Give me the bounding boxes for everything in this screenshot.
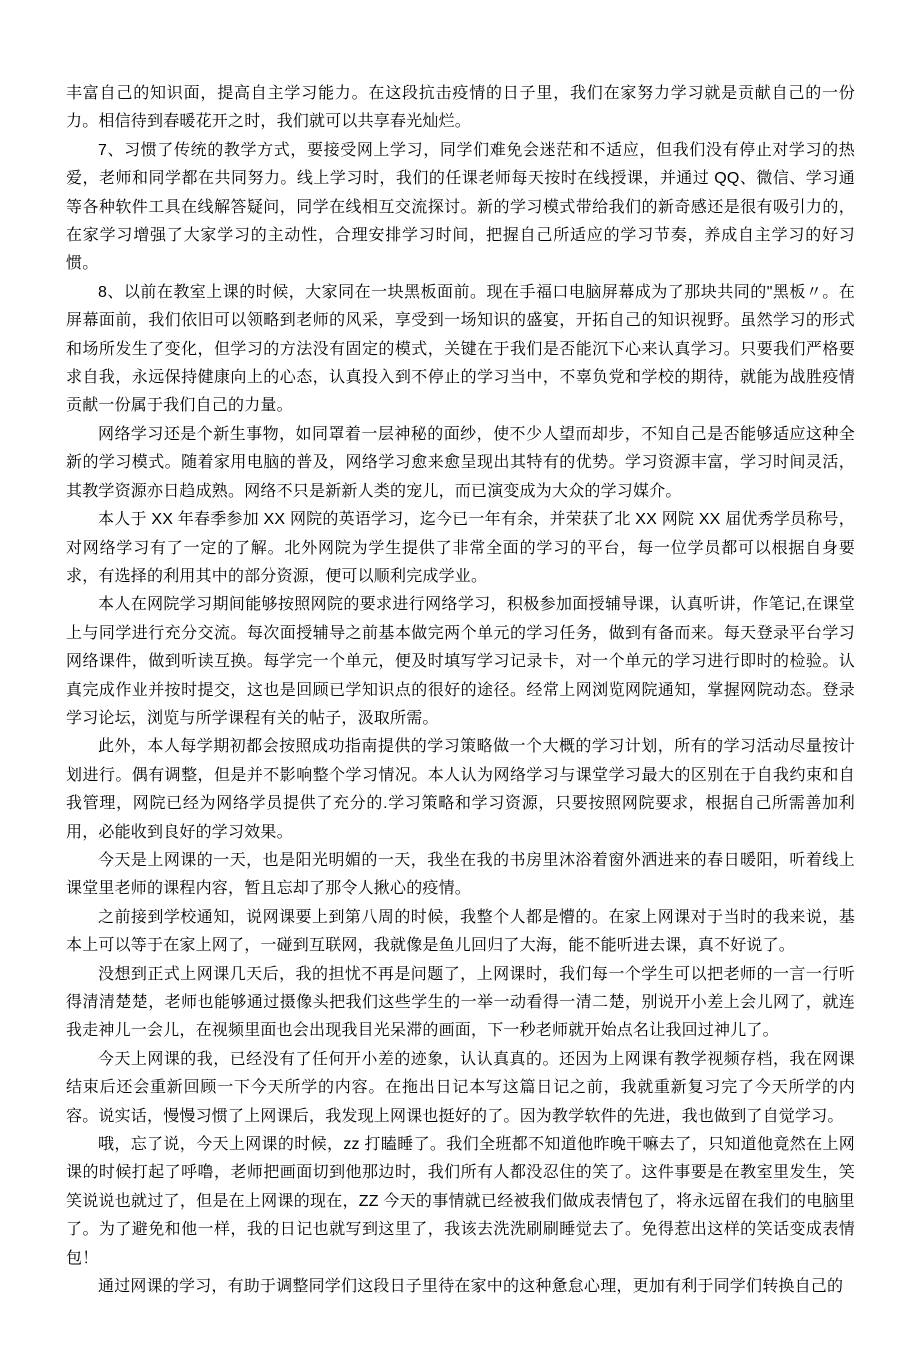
paragraph: 没想到正式上网课几天后，我的担忧不再是问题了，上网课时，我们每一个学生可以把老师… — [66, 961, 855, 1046]
document-page: 丰富自己的知识面，提高自主学习能力。在这段抗击疫情的日子里，我们在家努力学习就是… — [0, 0, 920, 1361]
paragraph: 8、以前在教室上课的时候，大家同在一块黑板面前。现在手福口电脑屏幕成为了那块共同… — [66, 279, 855, 421]
paragraph: 本人在网院学习期间能够按照网院的要求进行网络学习，积极参加面授辅导课，认真听讲，… — [66, 591, 855, 733]
paragraph: 今天上网课的我，已经没有了任何开小差的迹象，认认真真的。还因为上网课有教学视频存… — [66, 1046, 855, 1131]
paragraph: 通过网课的学习，有助于调整同学们这段日子里待在家中的这种惫怠心理，更加有利于同学… — [66, 1273, 855, 1301]
paragraph: 网络学习还是个新生事物，如同罩着一层神秘的面纱，使不少人望而却步，不知自己是否能… — [66, 421, 855, 506]
paragraph: 本人于 XX 年春季参加 XX 网院的英语学习，迄今已一年有余，并荣获了北 XX… — [66, 506, 855, 591]
paragraph: 哦，忘了说，今天上网课的时候，zz 打瞌睡了。我们全班都不知道他昨晚干嘛去了，只… — [66, 1131, 855, 1273]
paragraph: 此外，本人每学期初都会按照成功指南提供的学习策略做一个大概的学习计划，所有的学习… — [66, 733, 855, 847]
document-body: 丰富自己的知识面，提高自主学习能力。在这段抗击疫情的日子里，我们在家努力学习就是… — [66, 80, 855, 1301]
paragraph: 丰富自己的知识面，提高自主学习能力。在这段抗击疫情的日子里，我们在家努力学习就是… — [66, 80, 855, 137]
paragraph: 今天是上网课的一天，也是阳光明媚的一天，我坐在我的书房里沐浴着窗外洒进来的春日暖… — [66, 847, 855, 904]
paragraph: 7、习惯了传统的教学方式，要接受网上学习，同学们难免会迷茫和不适应，但我们没有停… — [66, 137, 855, 279]
paragraph: 之前接到学校通知，说网课要上到第八周的时候，我整个人都是懵的。在家上网课对于当时… — [66, 904, 855, 961]
